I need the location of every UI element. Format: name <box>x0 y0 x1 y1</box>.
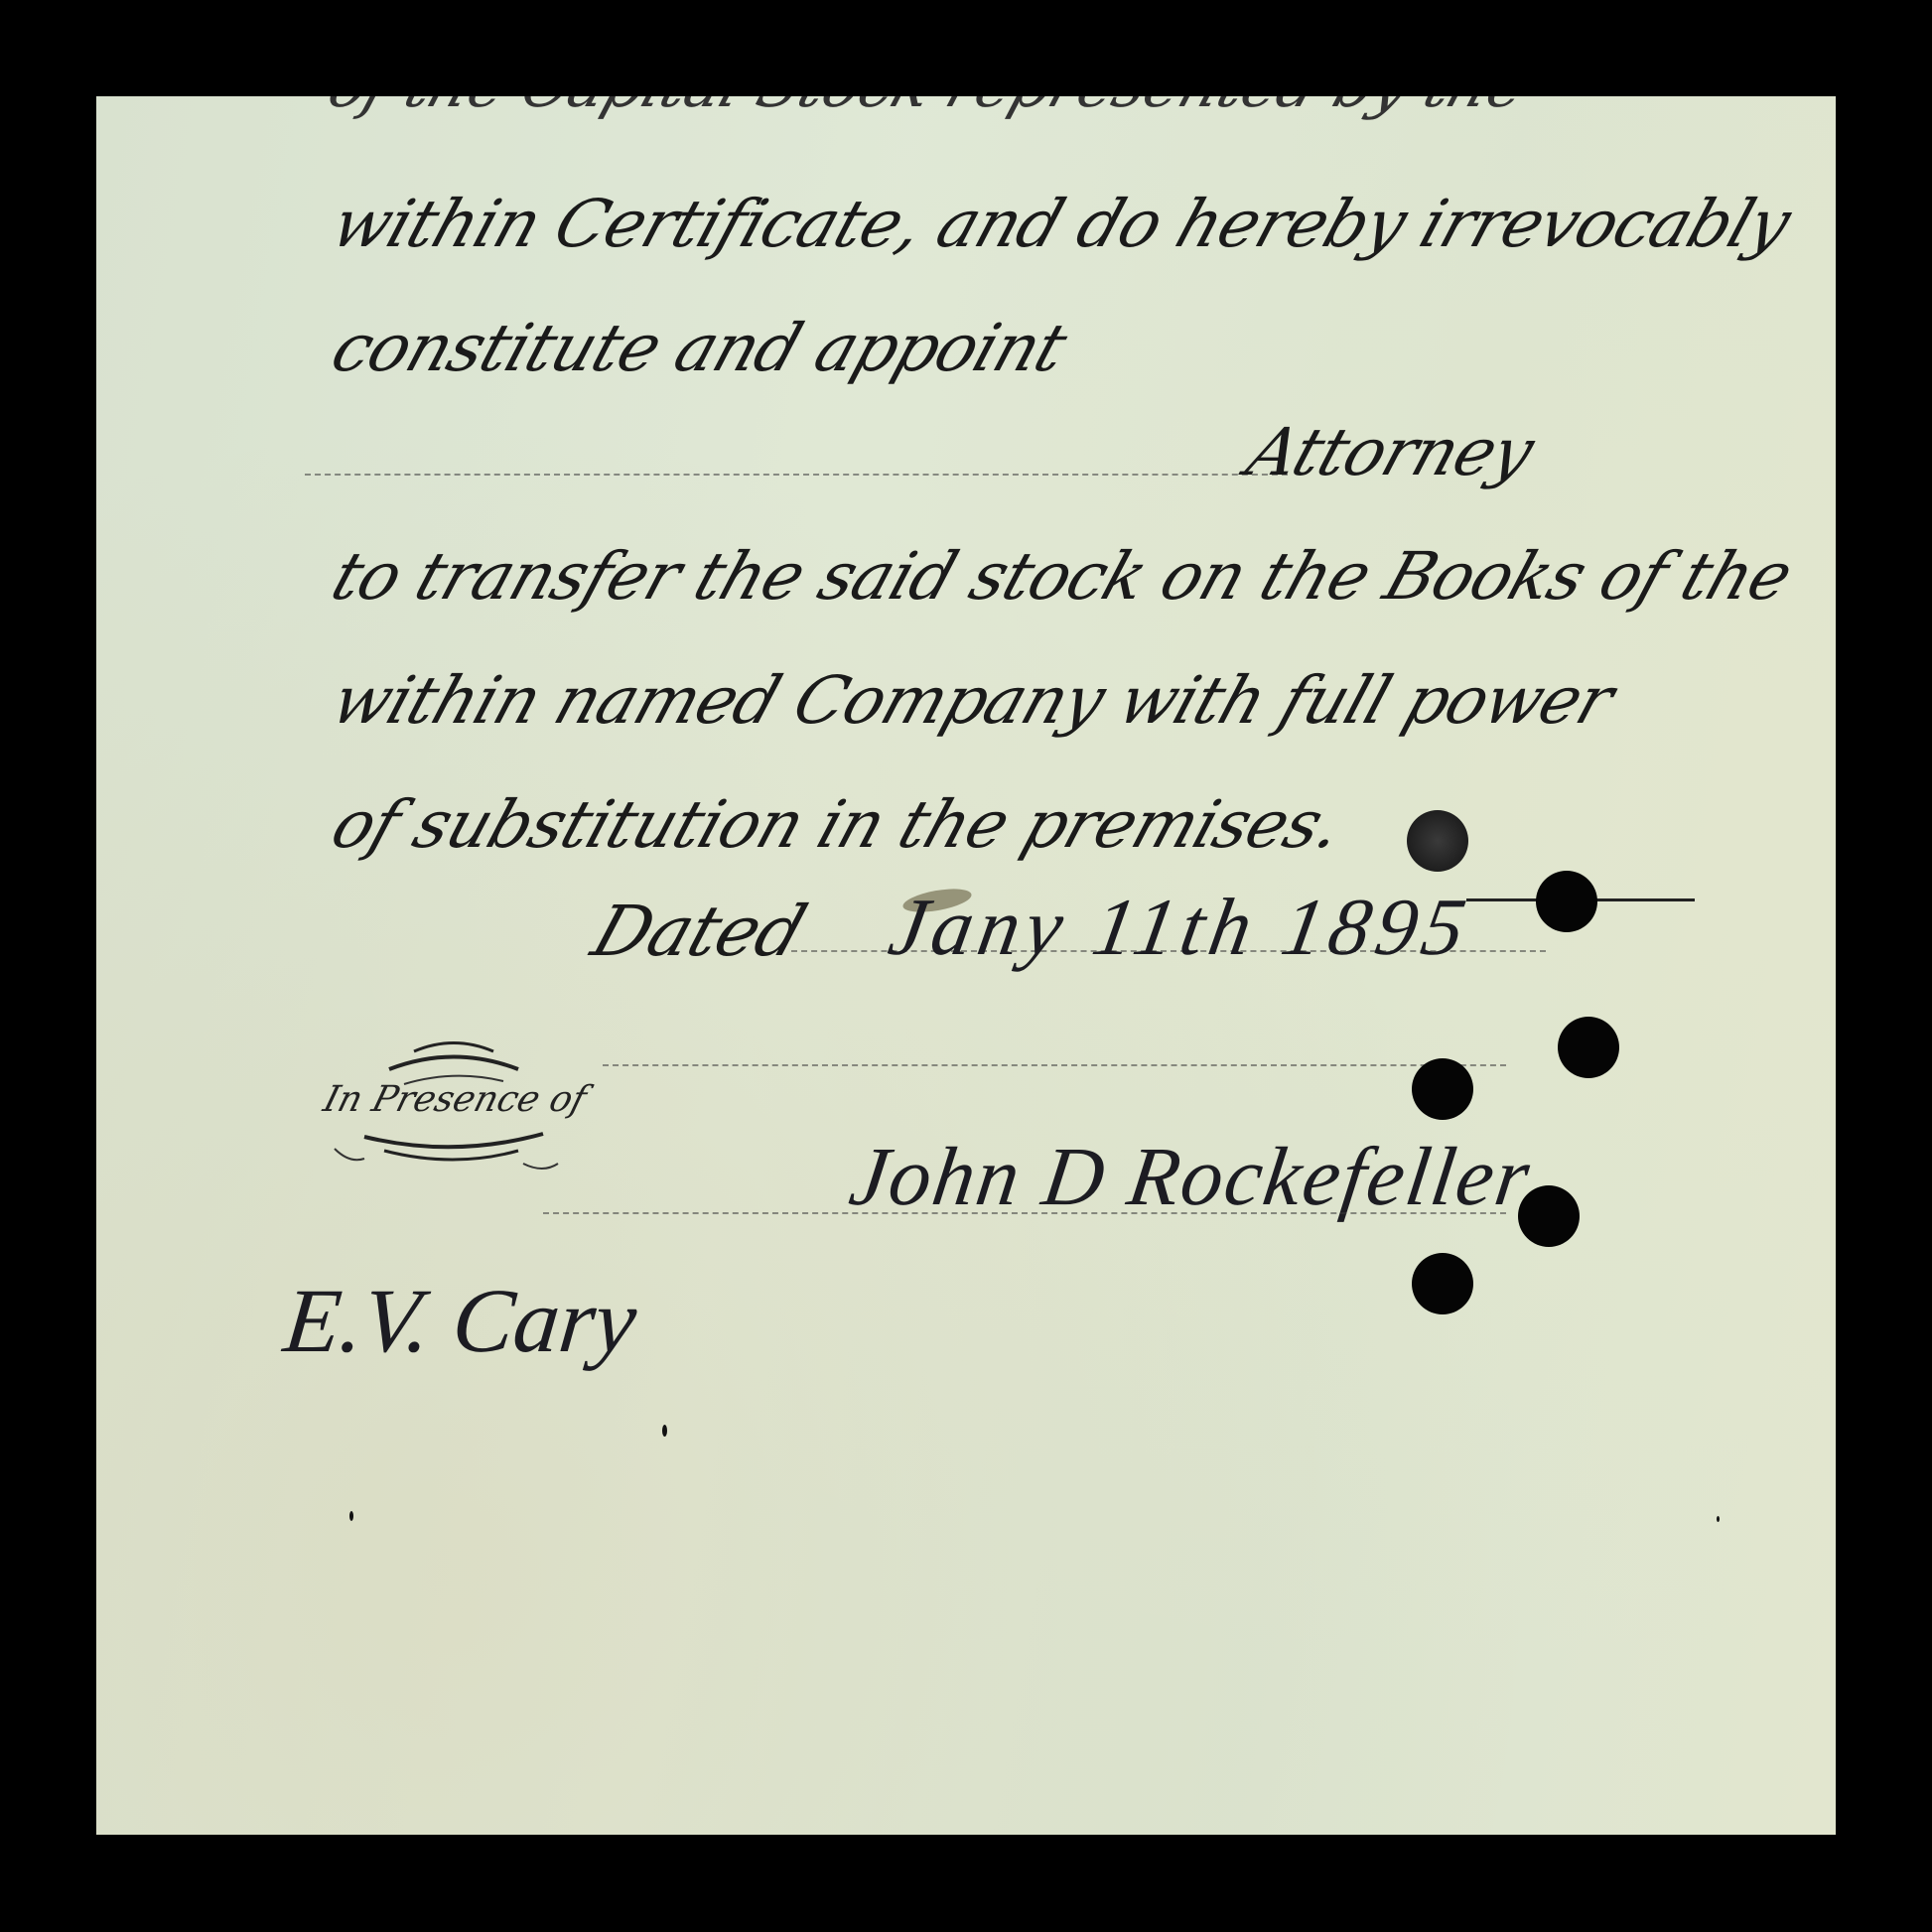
handwritten-date: Jany 11th 1895 <box>883 881 1478 974</box>
engraved-line-constitute: constitute and appoint <box>323 310 1075 386</box>
attorney-label: Attorney <box>1238 414 1543 490</box>
signature-line-lower <box>543 1212 1506 1214</box>
in-presence-of-label: In Presence of <box>320 1079 591 1120</box>
engraved-line-capital-stock: of the Capital Stock represented by the <box>320 96 1537 121</box>
witness-signature-ev-cary: E.V. Cary <box>279 1268 641 1373</box>
ink-speck <box>349 1511 353 1521</box>
engraved-line-within-certificate: within Certificate, and do hereby irrevo… <box>323 186 1799 262</box>
ink-speck <box>662 1425 667 1437</box>
punch-hole <box>1407 810 1468 872</box>
signature-line-upper <box>603 1064 1506 1066</box>
punch-hole <box>1536 871 1597 932</box>
engraved-line-transfer: to transfer the said stock on the Books … <box>323 538 1801 615</box>
signature-john-d-rockefeller: John D Rockefeller <box>844 1129 1537 1225</box>
punch-hole <box>1412 1253 1473 1314</box>
in-presence-of-ornament: In Presence of <box>305 1030 593 1178</box>
punch-hole <box>1558 1017 1619 1078</box>
ink-speck <box>1717 1516 1720 1522</box>
dated-label: Dated <box>583 891 815 972</box>
certificate-paper: of the Capital Stock represented by the … <box>96 96 1836 1835</box>
attorney-name-line <box>305 474 1288 476</box>
punch-hole <box>1412 1058 1473 1120</box>
engraved-line-substitution: of substitution in the premises. <box>323 786 1351 863</box>
punch-hole <box>1518 1185 1580 1247</box>
engraved-line-within-named-company: within named Company with full power <box>323 662 1622 739</box>
